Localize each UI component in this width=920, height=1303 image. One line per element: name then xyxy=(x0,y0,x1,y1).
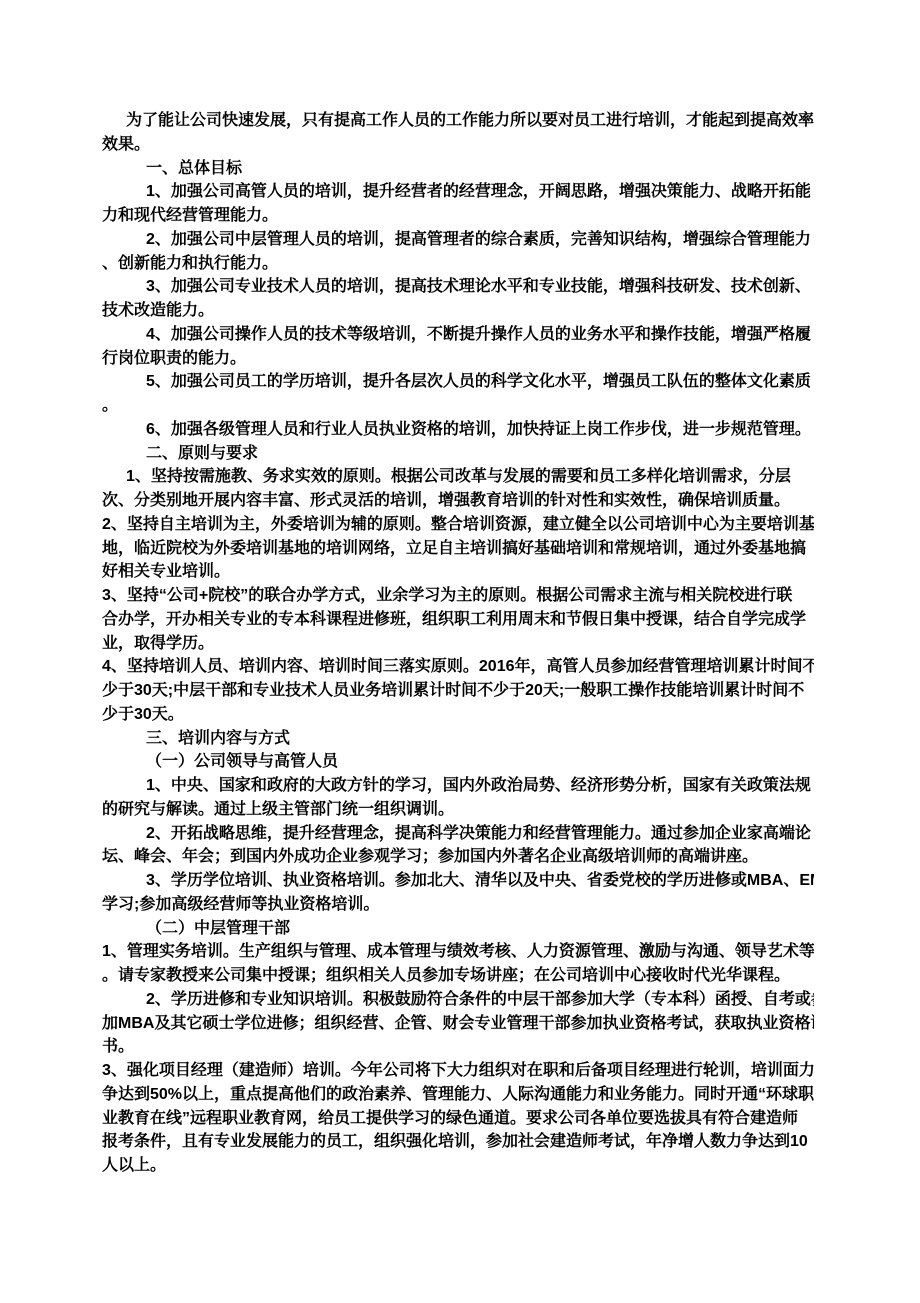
text-line: 2、开拓战略思维，提升经营理念，提高科学决策能力和经营管理能力。通过参加企业家高… xyxy=(102,822,814,846)
text-line: 力和现代经营管理能力。 xyxy=(102,204,814,228)
text-line: 少于30天。 xyxy=(102,703,814,727)
text-line: 2、加强公司中层管理人员的培训，提高管理者的综合素质，完善知识结构，增强综合管理… xyxy=(102,228,814,252)
text-line: 5、加强公司员工的学历培训，提升各层次人员的科学文化水平，增强员工队伍的整体文化… xyxy=(102,370,814,394)
text-line: 3、学历学位培训、执业资格培训。参加北大、清华以及中央、省委党校的学历进修或MB… xyxy=(102,869,814,893)
text-line: 的研究与解读。通过上级主管部门统一组织调训。 xyxy=(102,798,814,822)
document-text-body: 为了能让公司快速发展，只有提高工作人员的工作能力所以要对员工进行培训，才能起到提… xyxy=(102,109,814,1178)
text-line: 少于30天;中层干部和专业技术人员业务培训累计时间不少于20天;一般职工操作技能… xyxy=(102,679,814,703)
text-line: 行岗位职责的能力。 xyxy=(102,347,814,371)
text-line: 二、原则与要求 xyxy=(102,442,814,466)
text-line: 3、加强公司专业技术人员的培训，提高技术理论水平和专业技能，增强科技研发、技术创… xyxy=(102,275,814,299)
text-line: 1、中央、国家和政府的大政方针的学习，国内外政治局势、经济形势分析，国家有关政策… xyxy=(102,774,814,798)
text-line: 技术改造能力。 xyxy=(102,299,814,323)
text-line: 合办学，开办相关专业的专本科课程进修班，组织职工利用周末和节假日集中授课，结合自… xyxy=(102,608,814,632)
text-line: 人以上。 xyxy=(102,1154,814,1178)
text-line: 书。 xyxy=(102,1035,814,1059)
text-line: 、创新能力和执行能力。 xyxy=(102,252,814,276)
text-line: 地，临近院校为外委培训基地的培训网络，立足自主培训搞好基础培训和常规培训，通过外… xyxy=(102,537,814,561)
text-line: 业教育在线”远程职业教育网，给员工提供学习的绿色通道。要求公司各单位要选拔具有符… xyxy=(102,1107,814,1131)
text-line: 3、强化项目经理（建造师）培训。今年公司将下大力组织对在职和后备项目经理进行轮训… xyxy=(102,1059,814,1083)
text-line: 为了能让公司快速发展，只有提高工作人员的工作能力所以要对员工进行培训，才能起到提… xyxy=(102,109,814,133)
text-line: 学习;参加高级经营师等执业资格培训。 xyxy=(102,893,814,917)
text-line: 4、坚持培训人员、培训内容、培训时间三落实原则。2016年，高管人员参加经营管理… xyxy=(102,655,814,679)
text-line: 效果。 xyxy=(102,133,814,157)
text-line: 业，取得学历。 xyxy=(102,632,814,656)
text-line: 一、总体目标 xyxy=(102,157,814,181)
text-line: 4、加强公司操作人员的技术等级培训，不断提升操作人员的业务水平和操作技能，增强严… xyxy=(102,323,814,347)
text-line: 1、坚持按需施教、务求实效的原则。根据公司改革与发展的需要和员工多样化培训需求，… xyxy=(102,465,814,489)
text-line: （二）中层管理干部 xyxy=(102,917,814,941)
text-line: 好相关专业培训。 xyxy=(102,560,814,584)
text-line: 。 xyxy=(102,394,814,418)
text-line: （一）公司领导与高管人员 xyxy=(102,750,814,774)
text-line: 1、管理实务培训。生产组织与管理、成本管理与绩效考核、人力资源管理、激励与沟通、… xyxy=(102,940,814,964)
document-page: 为了能让公司快速发展，只有提高工作人员的工作能力所以要对员工进行培训，才能起到提… xyxy=(0,0,920,1303)
text-line: 加MBA及其它硕士学位进修；组织经营、企管、财会专业管理干部参加执业资格考试，获… xyxy=(102,1012,814,1036)
text-line: 1、加强公司高管人员的培训，提升经营者的经营理念，开阔思路，增强决策能力、战略开… xyxy=(102,180,814,204)
text-line: 争达到50%以上，重点提高他们的政治素养、管理能力、人际沟通能力和业务能力。同时… xyxy=(102,1083,814,1107)
text-line: 2、学历进修和专业知识培训。积极鼓励符合条件的中层干部参加大学（专本科）函授、自… xyxy=(102,988,814,1012)
text-line: 坛、峰会、年会；到国内外成功企业参观学习；参加国内外著名企业高级培训师的高端讲座… xyxy=(102,845,814,869)
text-line: 3、坚持“公司+院校”的联合办学方式，业余学习为主的原则。根据公司需求主流与相关… xyxy=(102,584,814,608)
text-line: 6、加强各级管理人员和行业人员执业资格的培训，加快持证上岗工作步伐，进一步规范管… xyxy=(102,418,814,442)
text-line: 。请专家教授来公司集中授课；组织相关人员参加专场讲座；在公司培训中心接收时代光华… xyxy=(102,964,814,988)
text-line: 报考条件，且有专业发展能力的员工，组织强化培训，参加社会建造师考试，年净增人数力… xyxy=(102,1130,814,1154)
text-line: 三、培训内容与方式 xyxy=(102,727,814,751)
text-line: 2、坚持自主培训为主，外委培训为辅的原则。整合培训资源，建立健全以公司培训中心为… xyxy=(102,513,814,537)
text-line: 次、分类别地开展内容丰富、形式灵活的培训，增强教育培训的针对性和实效性，确保培训… xyxy=(102,489,814,513)
